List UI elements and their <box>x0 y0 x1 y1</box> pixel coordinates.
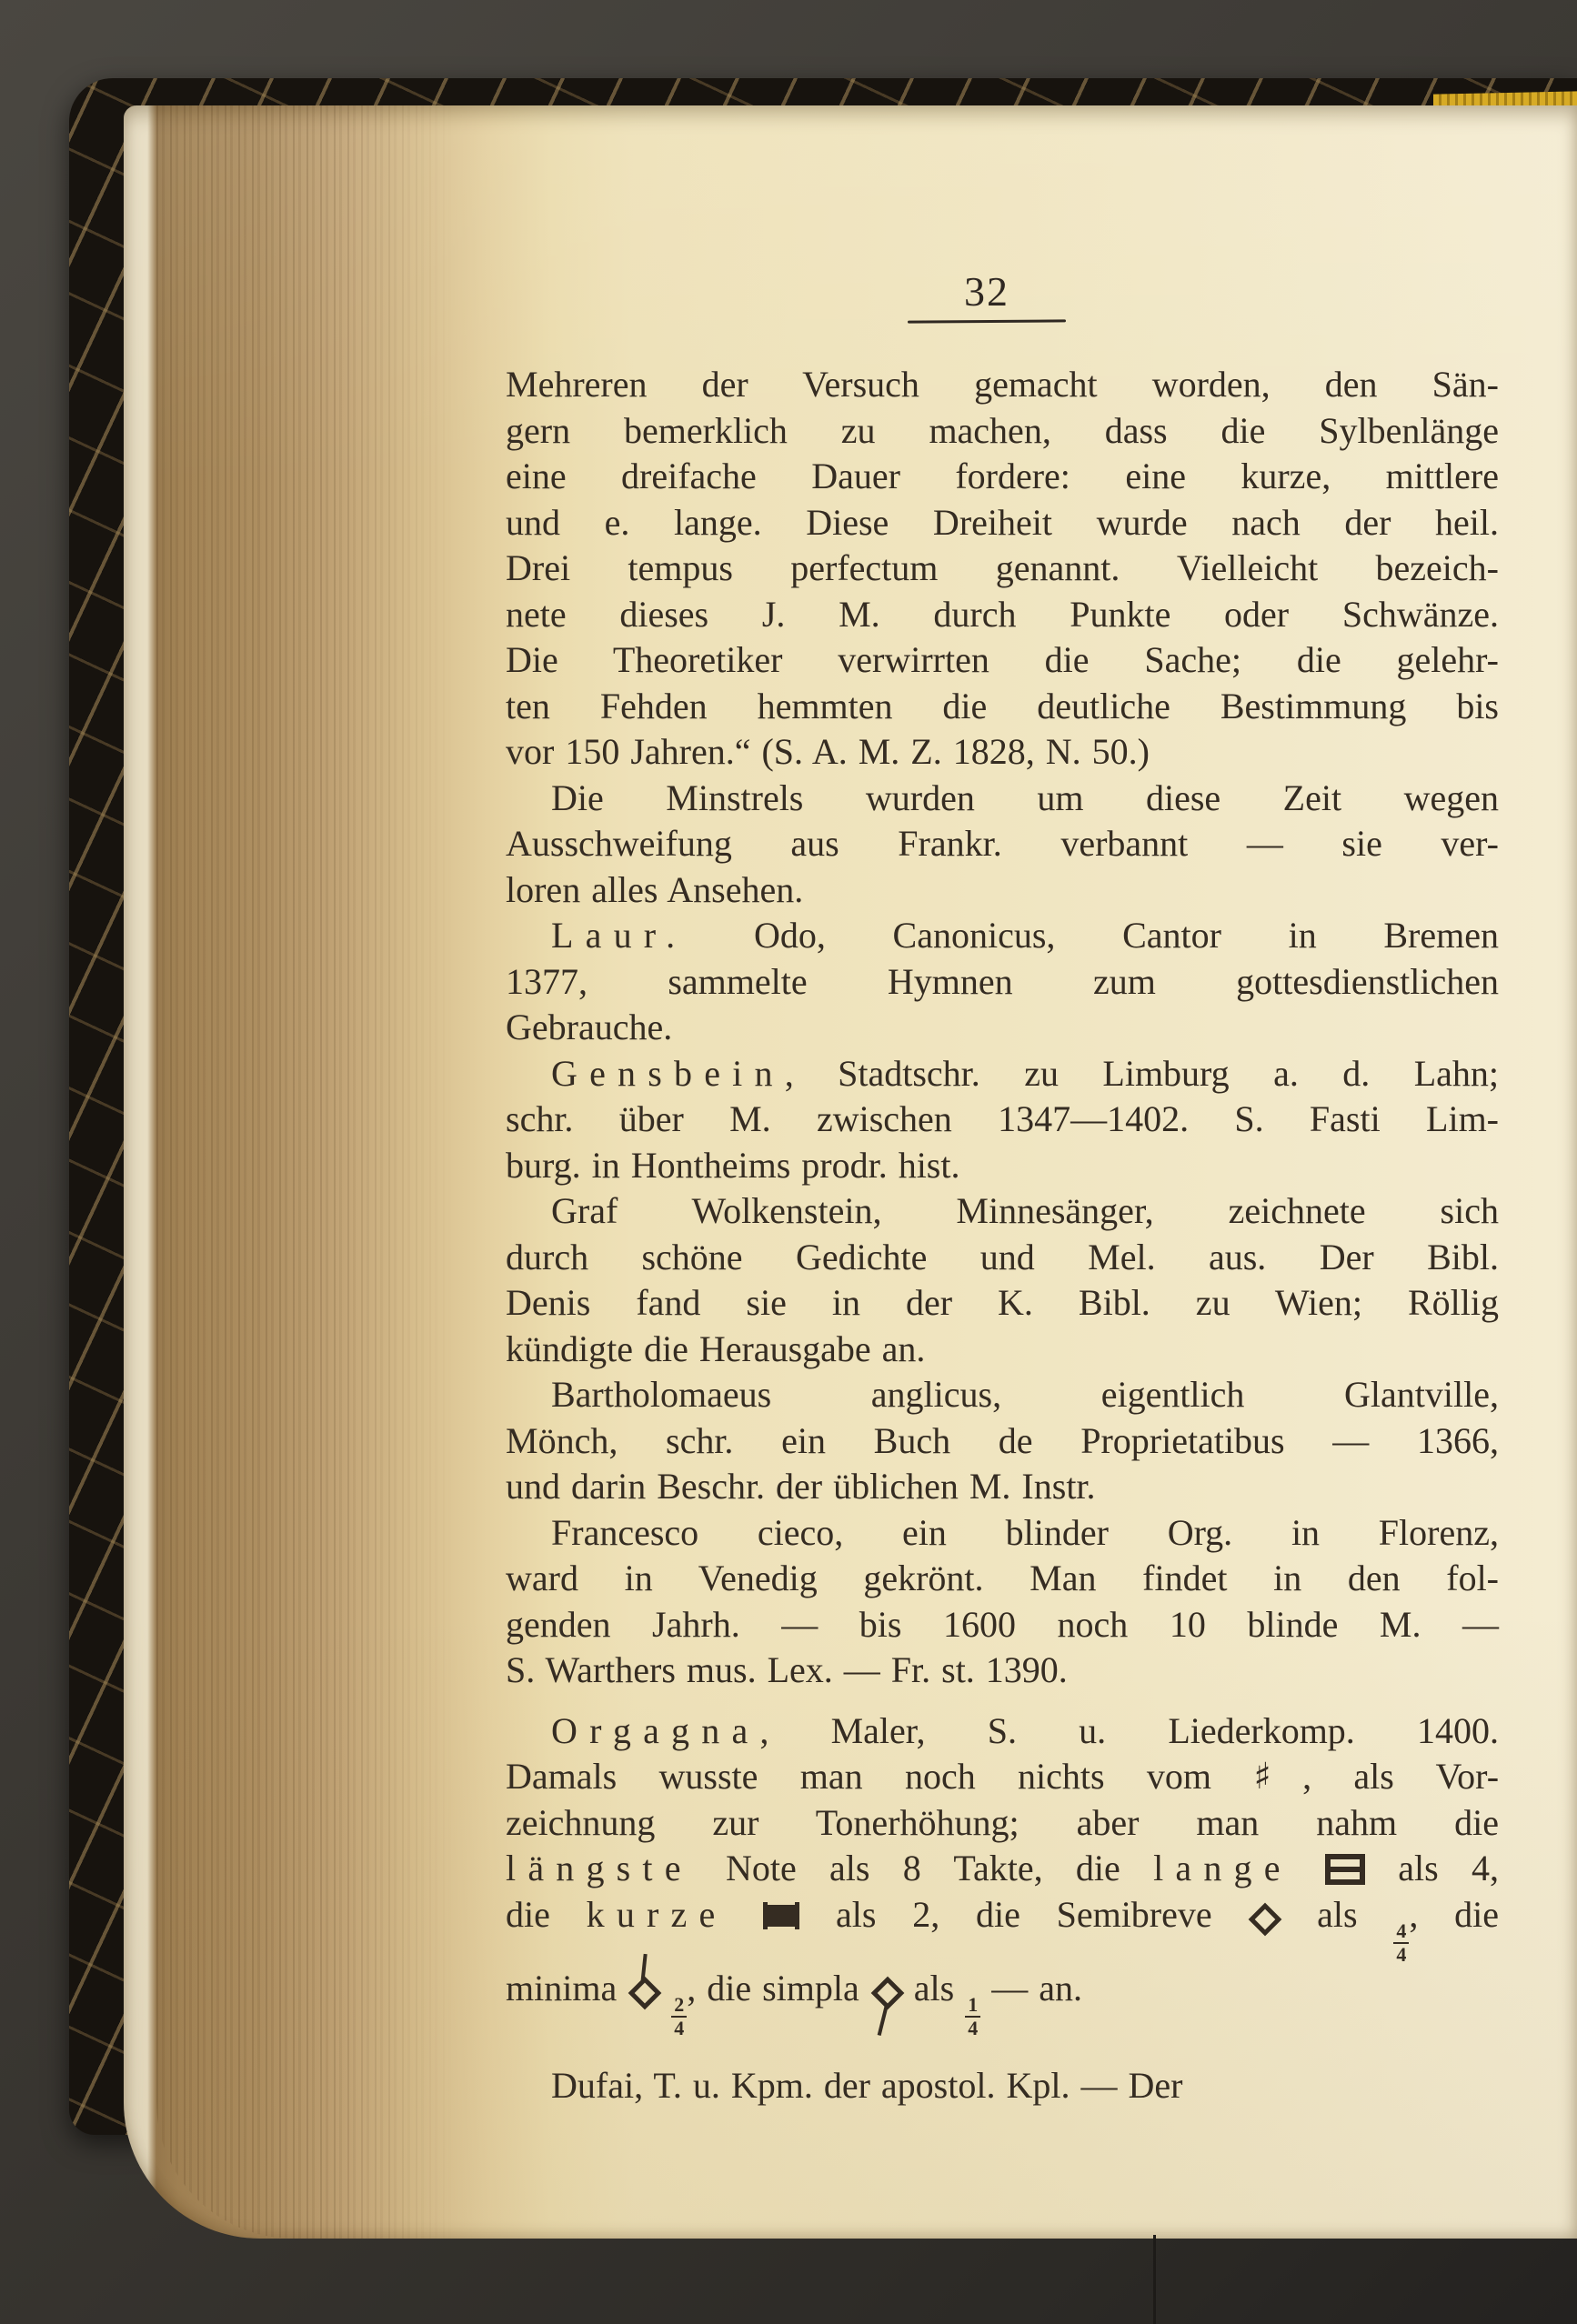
text-line: und darin Beschr. der üblichen M. Instr. <box>506 1464 1499 1510</box>
text-line: Mehreren der Versuch gemacht worden, den… <box>506 362 1499 408</box>
text-run: Mehreren der Versuch gemacht worden, den… <box>506 364 1499 405</box>
text-line: Die Theoretiker verwirrten die Sache; di… <box>506 637 1499 684</box>
text-line: die kurze als 2, die Semibreve als 44, d… <box>506 1892 1499 1966</box>
text-line: S. Warthers mus. Lex. — Fr. st. 1390. <box>506 1648 1499 1694</box>
text-run: , Maler, S. u. Liederkomp. 1400. <box>759 1710 1499 1751</box>
text-line: schr. über M. zwischen 1347—1402. S. Fas… <box>506 1097 1499 1143</box>
text-line: Damals wusste man noch nichts vom ♯, als… <box>506 1754 1499 1800</box>
text-run: Drei tempus perfectum genannt. Vielleich… <box>506 547 1499 588</box>
text-block: Mehreren der Versuch gemacht worden, den… <box>506 362 1499 2109</box>
paragraph: Orgagna, Maler, S. u. Liederkomp. 1400.D… <box>506 1708 1499 2040</box>
text-run: Mönch, schr. ein Buch de Proprietatibus … <box>506 1420 1499 1461</box>
text-run: vor 150 Jahren.“ (S. A. M. Z. 1828, N. 5… <box>506 731 1150 772</box>
text-line: durch schöne Gedichte und Mel. aus. Der … <box>506 1235 1499 1281</box>
text-run: genden Jahrh. — bis 1600 noch 10 blinde … <box>506 1604 1499 1645</box>
text-line: Laur. Odo, Canonicus, Cantor in Bremen <box>506 913 1499 959</box>
text-run: die <box>506 1894 587 1935</box>
text-line: Francesco cieco, ein blinder Org. in Flo… <box>506 1510 1499 1557</box>
text-line: burg. in Hontheims prodr. hist. <box>506 1143 1499 1189</box>
text-line: 1377, sammelte Hymnen zum gottesdienstli… <box>506 959 1499 1006</box>
text-run: loren alles Ansehen. <box>506 869 803 910</box>
text-run: als <box>1281 1894 1393 1935</box>
text-run <box>660 1968 671 2008</box>
text-run: Ausschweifung aus Frankr. verbannt — sie… <box>506 823 1499 864</box>
text-run: , die simpla <box>687 1968 870 2008</box>
text-line: vor 150 Jahren.“ (S. A. M. Z. 1828, N. 5… <box>506 729 1499 776</box>
text-line: loren alles Ansehen. <box>506 867 1499 914</box>
text-run: als 2, die Semibreve <box>799 1894 1248 1935</box>
paragraph: Mehreren der Versuch gemacht worden, den… <box>506 362 1499 776</box>
text-run: Damals wusste man noch nichts vom <box>506 1756 1253 1797</box>
text-run: minima <box>506 1968 628 2008</box>
text-line: gern bemerklich zu machen, dass die Sylb… <box>506 408 1499 455</box>
text-line: Die Minstrels wurden um diese Zeit wegen <box>506 776 1499 822</box>
text-line: kündigte die Herausgabe an. <box>506 1327 1499 1373</box>
spaced-name: Laur. <box>551 915 687 956</box>
paragraph: Laur. Odo, Canonicus, Cantor in Bremen13… <box>506 913 1499 1051</box>
backdrop-seam <box>1153 2235 1156 2324</box>
text-line: Denis fand sie in der K. Bibl. zu Wien; … <box>506 1280 1499 1327</box>
minima-note-icon <box>628 1976 660 2007</box>
text-line: Ausschweifung aus Frankr. verbannt — sie… <box>506 821 1499 867</box>
text-run <box>727 1894 763 1935</box>
paragraph: Francesco cieco, ein blinder Org. in Flo… <box>506 1510 1499 1694</box>
text-run: Die Theoretiker verwirrten die Sache; di… <box>506 639 1499 680</box>
text-line: minima 24, die simpla als 14 — an. <box>506 1966 1499 2039</box>
text-run: kündigte die Herausgabe an. <box>506 1328 925 1369</box>
text-run: , als Vor- <box>1302 1756 1499 1797</box>
text-run: und darin Beschr. der üblichen M. Instr. <box>506 1466 1096 1507</box>
text-line: und e. lange. Diese Dreiheit wurde nach … <box>506 500 1499 546</box>
text-run: Bartholomaeus anglicus, eigentlich Glant… <box>551 1374 1499 1415</box>
paragraph: Graf Wolkenstein, Minnesänger, zeichnete… <box>506 1188 1499 1372</box>
text-run: , Stadtschr. zu Limburg a. d. Lahn; <box>785 1053 1499 1094</box>
text-line: genden Jahrh. — bis 1600 noch 10 blinde … <box>506 1602 1499 1648</box>
fraction: 44 <box>1393 1920 1409 1966</box>
spaced-name: längste <box>506 1848 693 1888</box>
text-run: Denis fand sie in der K. Bibl. zu Wien; … <box>506 1282 1499 1323</box>
page-number: 32 <box>905 267 1069 316</box>
longa-note-icon <box>1325 1854 1365 1885</box>
text-run: Note als 8 Takte, die <box>693 1848 1153 1888</box>
text-run: ward in Venedig gekrönt. Man findet in d… <box>506 1558 1499 1598</box>
spaced-name: Orgagna <box>551 1710 759 1751</box>
fraction: 14 <box>965 1994 980 2039</box>
text-run: gern bemerklich zu machen, dass die Sylb… <box>506 410 1499 451</box>
text-line: Graf Wolkenstein, Minnesänger, zeichnete… <box>506 1188 1499 1235</box>
text-run: burg. in Hontheims prodr. hist. <box>506 1145 959 1186</box>
text-line: eine dreifache Dauer fordere: eine kurze… <box>506 454 1499 500</box>
text-line: Dufai, T. u. Kpm. der apostol. Kpl. — De… <box>506 2063 1499 2109</box>
text-line: Bartholomaeus anglicus, eigentlich Glant… <box>506 1372 1499 1418</box>
text-line: längste Note als 8 Takte, die lange als … <box>506 1846 1499 1892</box>
text-run: Gebrauche. <box>506 1007 672 1047</box>
text-line: Orgagna, Maler, S. u. Liederkomp. 1400. <box>506 1708 1499 1755</box>
text-run: schr. über M. zwischen 1347—1402. S. Fas… <box>506 1098 1499 1139</box>
text-run: , die <box>1409 1894 1499 1935</box>
text-line: Drei tempus perfectum genannt. Vielleich… <box>506 546 1499 592</box>
text-run: — an. <box>980 1968 1082 2008</box>
text-run: zeichnung zur Tonerhöhung; aber man nahm… <box>506 1802 1499 1843</box>
sharp-icon: ♯ <box>1253 1756 1302 1798</box>
semibreve-note-icon <box>1248 1902 1281 1933</box>
brevis-note-icon <box>763 1902 799 1929</box>
book-photo: 32 Mehreren der Versuch gemacht worden, … <box>0 0 1577 2324</box>
text-run: Dufai, T. u. Kpm. der apostol. Kpl. — De… <box>551 2065 1182 2106</box>
text-run: Francesco cieco, ein blinder Org. in Flo… <box>551 1512 1499 1553</box>
text-run: als <box>903 1968 965 2008</box>
text-line: Gebrauche. <box>506 1005 1499 1051</box>
text-run <box>1292 1848 1325 1888</box>
text-line: ward in Venedig gekrönt. Man findet in d… <box>506 1556 1499 1602</box>
paragraph: Die Minstrels wurden um diese Zeit wegen… <box>506 776 1499 914</box>
text-run: ten Fehden hemmten die deutliche Bestimm… <box>506 686 1499 726</box>
paragraph: Gensbein, Stadtschr. zu Limburg a. d. La… <box>506 1051 1499 1189</box>
fraction: 24 <box>671 1994 687 2039</box>
text-run: nete dieses J. M. durch Punkte oder Schw… <box>506 594 1499 635</box>
text-line: Gensbein, Stadtschr. zu Limburg a. d. La… <box>506 1051 1499 1097</box>
text-run: eine dreifache Dauer fordere: eine kurze… <box>506 456 1499 496</box>
text-line: nete dieses J. M. durch Punkte oder Schw… <box>506 592 1499 638</box>
paragraph: Dufai, T. u. Kpm. der apostol. Kpl. — De… <box>506 2063 1499 2109</box>
text-line: zeichnung zur Tonerhöhung; aber man nahm… <box>506 1800 1499 1847</box>
text-run: Die Minstrels wurden um diese Zeit wegen <box>551 777 1499 818</box>
text-run: S. Warthers mus. Lex. — Fr. st. 1390. <box>506 1649 1068 1690</box>
text-line: Mönch, schr. ein Buch de Proprietatibus … <box>506 1418 1499 1465</box>
page-gutter-edges <box>156 105 457 2239</box>
spaced-name: lange <box>1153 1848 1292 1888</box>
text-run: 1377, sammelte Hymnen zum gottesdienstli… <box>506 961 1499 1002</box>
text-line: ten Fehden hemmten die deutliche Bestimm… <box>506 684 1499 730</box>
text-run: als 4, <box>1365 1848 1499 1888</box>
text-run: und e. lange. Diese Dreiheit wurde nach … <box>506 502 1499 543</box>
text-run: Odo, Canonicus, Cantor in Bremen <box>687 915 1499 956</box>
simpla-note-icon <box>870 1976 903 2007</box>
text-run: durch schöne Gedichte und Mel. aus. Der … <box>506 1237 1499 1277</box>
spaced-name: Gensbein <box>551 1053 785 1094</box>
text-run: Graf Wolkenstein, Minnesänger, zeichnete… <box>551 1190 1499 1231</box>
paragraph: Bartholomaeus anglicus, eigentlich Glant… <box>506 1372 1499 1510</box>
spaced-name: kurze <box>587 1894 728 1935</box>
